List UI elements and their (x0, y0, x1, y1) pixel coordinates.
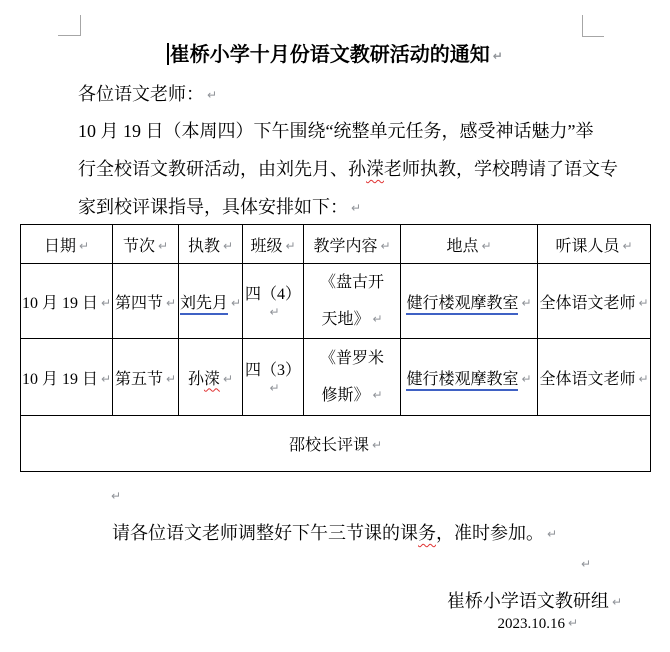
table-row: 10 月 19 日↵ 第四节↵ 刘先月↵ 四（4）↵ 《盘古开 天地》↵ 健行楼… (21, 264, 651, 339)
cell-text: 四（4） (245, 286, 301, 303)
cell-teacher[interactable]: 孙溁↵ (179, 339, 243, 416)
salutation-line[interactable]: 各位语文老师：↵ (78, 80, 217, 106)
cell-mark: ↵ (372, 438, 382, 452)
body-paragraph-line-2[interactable]: 行全校语文教研活动，由刘先月、孙溁老师执教，学校聘请了语文专 (78, 155, 618, 181)
document-page[interactable]: 崔桥小学十月份语文教研活动的通知↵ 各位语文老师：↵ 10 月 19 日（本周四… (0, 0, 670, 652)
cell-mark: ↵ (166, 296, 176, 310)
header-cell-teacher[interactable]: 执教↵ (179, 225, 243, 264)
cell-mark: ↵ (269, 305, 279, 319)
grammar-underlined-text: 健行楼观摩教室 (406, 295, 518, 315)
cell-mark: ↵ (622, 239, 632, 253)
cell-location[interactable]: 健行楼观摩教室↵ (401, 339, 538, 416)
table-header-row: 日期↵ 节次↵ 执教↵ 班级↵ 教学内容↵ 地点↵ 听课人员↵ (21, 225, 651, 264)
signature-line[interactable]: 崔桥小学语文教研组↵ (447, 587, 622, 613)
empty-paragraph[interactable]: ↵ (108, 488, 121, 506)
header-cell-location[interactable]: 地点↵ (401, 225, 538, 264)
header-cell-class[interactable]: 班级↵ (243, 225, 304, 264)
cell-teacher[interactable]: 刘先月↵ (179, 264, 243, 339)
cell-mark: ↵ (380, 239, 390, 253)
margin-corner-top-right (582, 15, 604, 37)
header-label: 执教 (188, 238, 220, 255)
cell-text: 10 月 19 日 (22, 371, 98, 388)
cell-mark: ↵ (638, 372, 648, 386)
text-cursor (167, 43, 169, 65)
cell-location[interactable]: 健行楼观摩教室↵ (401, 264, 538, 339)
paragraph-mark: ↵ (111, 489, 121, 503)
cell-mark: ↵ (79, 239, 89, 253)
header-label: 节次 (123, 238, 155, 255)
body-paragraph-line-3[interactable]: 家到校评课指导，具体安排如下：↵ (78, 193, 361, 219)
content-line-1: 《盘古开 (304, 264, 400, 301)
cell-content[interactable]: 《盘古开 天地》↵ (304, 264, 401, 339)
cell-text: 天地》 (321, 311, 369, 328)
header-label: 教学内容 (313, 238, 377, 255)
cell-mark: ↵ (521, 296, 531, 310)
schedule-table[interactable]: 日期↵ 节次↵ 执教↵ 班级↵ 教学内容↵ 地点↵ 听课人员↵ 10 月 19 … (20, 224, 651, 472)
header-cell-audience[interactable]: 听课人员↵ (538, 225, 651, 264)
header-label: 听课人员 (555, 238, 619, 255)
cell-text: 孙 (188, 371, 204, 388)
cell-period[interactable]: 第四节↵ (113, 264, 179, 339)
content-line-2: 天地》↵ (304, 301, 400, 338)
body-text: 家到校评课指导，具体安排如下： (78, 197, 348, 217)
header-label: 地点 (446, 238, 478, 255)
salutation-text: 各位语文老师： (78, 84, 204, 104)
cell-mark: ↵ (101, 372, 111, 386)
table-merged-row: 邵校长评课↵ (21, 416, 651, 472)
cell-mark: ↵ (372, 312, 382, 326)
cell-period[interactable]: 第五节↵ (113, 339, 179, 416)
cell-text: 四（3） (245, 362, 301, 379)
title-line[interactable]: 崔桥小学十月份语文教研活动的通知↵ (0, 38, 670, 67)
cell-mark: ↵ (101, 296, 111, 310)
paragraph-mark: ↵ (207, 88, 217, 102)
cell-mark: ↵ (372, 388, 382, 402)
misspelled-word: 务 (418, 523, 436, 543)
misspelled-word: 溁 (204, 371, 220, 388)
date-line[interactable]: 2023.10.16↵ (497, 616, 578, 633)
header-cell-period[interactable]: 节次↵ (113, 225, 179, 264)
header-label: 班级 (250, 238, 282, 255)
paragraph-mark: ↵ (581, 557, 591, 571)
header-label: 日期 (44, 238, 76, 255)
paragraph-mark: ↵ (612, 595, 622, 609)
table-row: 10 月 19 日↵ 第五节↵ 孙溁↵ 四（3）↵ 《普罗米 修斯》↵ 健行楼观… (21, 339, 651, 416)
closing-note-line[interactable]: 请各位语文老师调整好下午三节课的课务，准时参加。↵ (112, 519, 557, 545)
cell-audience[interactable]: 全体语文老师↵ (538, 339, 651, 416)
cell-mark: ↵ (521, 372, 531, 386)
cell-content[interactable]: 《普罗米 修斯》↵ (304, 339, 401, 416)
cell-text: 全体语文老师 (539, 371, 635, 388)
cell-mark: ↵ (481, 239, 491, 253)
grammar-underlined-text: 健行楼观摩教室 (406, 371, 518, 391)
cell-principal-review[interactable]: 邵校长评课↵ (21, 416, 651, 472)
cell-mark: ↵ (638, 296, 648, 310)
signature-text: 崔桥小学语文教研组 (447, 591, 609, 611)
content-line-1: 《普罗米 (304, 340, 400, 377)
cell-text: 修斯》 (321, 387, 369, 404)
date-text: 2023.10.16 (497, 616, 565, 632)
paragraph-mark: ↵ (351, 201, 361, 215)
header-cell-content[interactable]: 教学内容↵ (304, 225, 401, 264)
cell-mark: ↵ (269, 381, 279, 395)
body-text: 10 月 19 日（本周四）下午围绕“统整单元任务，感受神话魅力”举 (78, 121, 593, 141)
cell-mark: ↵ (285, 239, 295, 253)
cell-text: 邵校长评课 (289, 437, 369, 454)
note-text: 请各位语文老师调整好下午三节课的课 (112, 523, 418, 543)
cell-class[interactable]: 四（3）↵ (243, 339, 304, 416)
paragraph-mark: ↵ (568, 616, 578, 630)
header-cell-date[interactable]: 日期↵ (21, 225, 113, 264)
cell-mark: ↵ (223, 239, 233, 253)
content-line-2: 修斯》↵ (304, 377, 400, 414)
cell-text: 全体语文老师 (539, 295, 635, 312)
cell-class[interactable]: 四（4）↵ (243, 264, 304, 339)
body-text: 行全校语文教研活动，由刘先月、孙 (78, 159, 366, 179)
empty-paragraph[interactable]: ↵ (578, 556, 591, 574)
cell-mark: ↵ (231, 296, 241, 310)
cell-date[interactable]: 10 月 19 日↵ (21, 339, 113, 416)
document-title: 崔桥小学十月份语文教研活动的通知 (170, 44, 490, 66)
cell-date[interactable]: 10 月 19 日↵ (21, 264, 113, 339)
grammar-underlined-text: 刘先月 (180, 295, 228, 315)
paragraph-mark: ↵ (493, 49, 503, 63)
note-text: ，准时参加。 (436, 523, 544, 543)
cell-mark: ↵ (158, 239, 168, 253)
cell-text: 第五节 (115, 371, 163, 388)
cell-mark: ↵ (166, 372, 176, 386)
cell-text: 10 月 19 日 (22, 295, 98, 312)
paragraph-mark: ↵ (547, 527, 557, 541)
cell-audience[interactable]: 全体语文老师↵ (538, 264, 651, 339)
margin-corner-top-left (58, 15, 81, 36)
body-text: 老师执教，学校聘请了语文专 (384, 159, 618, 179)
cell-mark: ↵ (223, 372, 233, 386)
misspelled-word: 溁 (366, 159, 384, 179)
cell-text: 第四节 (115, 295, 163, 312)
body-paragraph-line-1[interactable]: 10 月 19 日（本周四）下午围绕“统整单元任务，感受神话魅力”举 (78, 117, 593, 143)
